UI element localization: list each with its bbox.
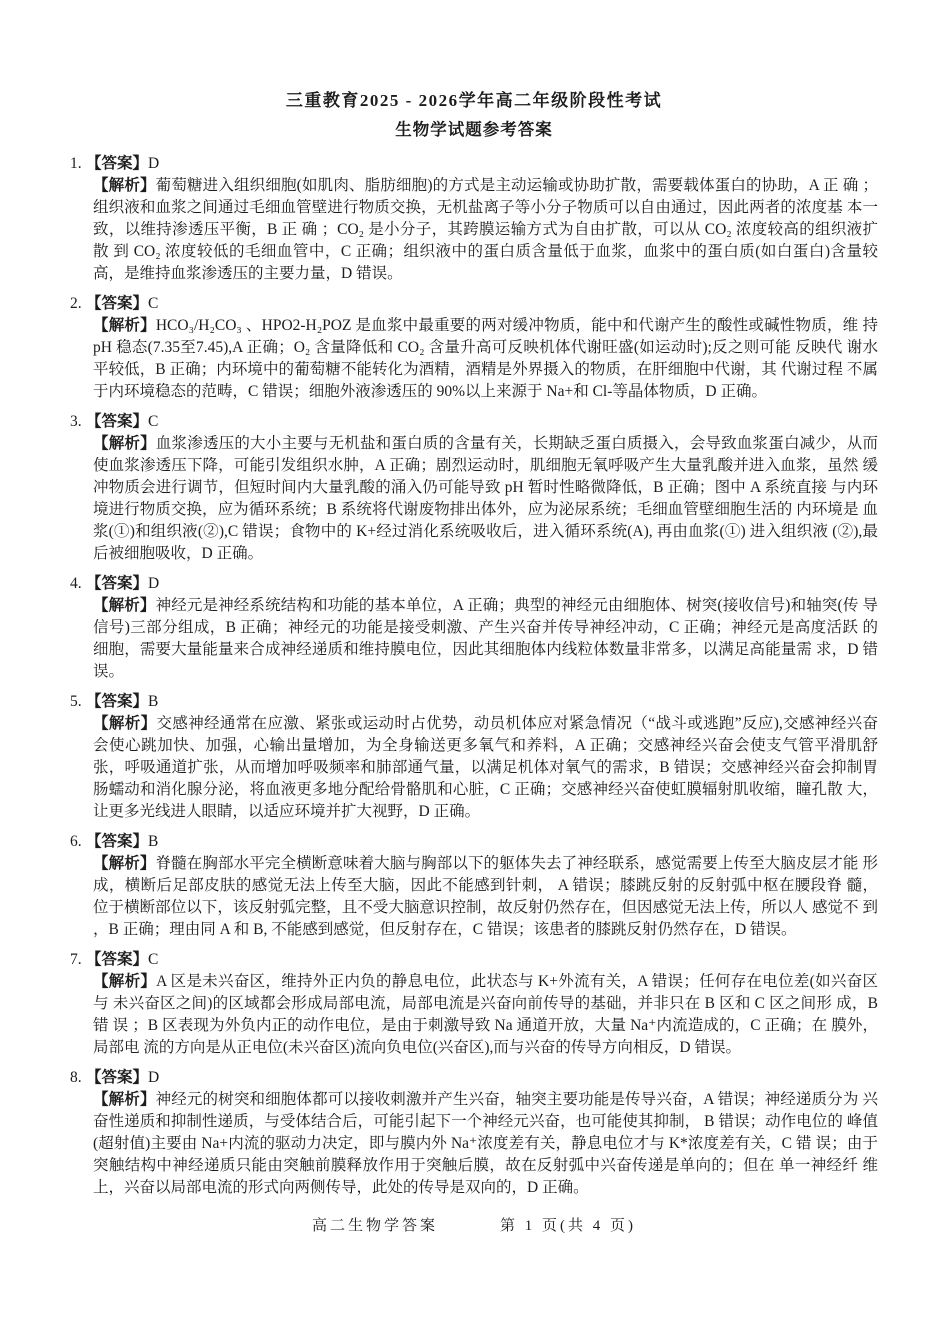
document-title: 三重教育2025 - 2026学年高二年级阶段性考试: [70, 86, 878, 111]
analysis-label: 【解析】: [93, 317, 156, 334]
analysis-paragraph: 【解析】血浆渗透压的大小主要与无机盐和蛋白质的含量有关，长期缺乏蛋白质摄入，会导…: [93, 433, 878, 565]
analysis-paragraph: 【解析】A 区是未兴奋区，维持外正内负的静息电位，此状态与 K+外流有关，A 错…: [93, 971, 878, 1059]
analysis-paragraph: 【解析】神经元的树突和细胞体都可以接收刺激并产生兴奋，轴突主要功能是传导兴奋，A…: [93, 1089, 878, 1199]
answer-letter: D: [148, 155, 159, 172]
question-number: 5.: [70, 691, 86, 713]
page-footer: 高二生物学答案 第 1 页(共 4 页): [70, 1214, 878, 1235]
analysis-text: 葡萄糖进入组织细胞(如肌肉、脂肪细胞)的方式是主动运输或协助扩散，需要载体蛋白的…: [93, 177, 878, 282]
answers-list: 1.【答案】D 【解析】葡萄糖进入组织细胞(如肌肉、脂肪细胞)的方式是主动运输或…: [70, 153, 878, 1199]
answer-item-6: 6.【答案】B 【解析】脊髓在胸部水平完全横断意味着大脑与胸部以下的躯体失去了神…: [70, 831, 878, 941]
answer-letter: D: [148, 1069, 159, 1086]
analysis-text: A 区是未兴奋区，维持外正内负的静息电位，此状态与 K+外流有关，A 错误；任何…: [93, 973, 878, 1056]
analysis-text: HCO₃/H₂CO₃ 、HPO2-H₂POZ 是血浆中最重要的两对缓冲物质，能中…: [93, 317, 878, 400]
analysis-paragraph: 【解析】神经元是神经系统结构和功能的基本单位，A 正确；典型的神经元由细胞体、树…: [93, 595, 878, 683]
analysis-label: 【解析】: [93, 1091, 156, 1108]
question-number: 8.: [70, 1067, 86, 1089]
answer-item-2: 2.【答案】C 【解析】HCO₃/H₂CO₃ 、HPO2-H₂POZ 是血浆中最…: [70, 293, 878, 403]
answer-label: 【答案】: [86, 951, 148, 968]
analysis-label: 【解析】: [93, 597, 156, 614]
analysis-text: 交感神经通常在应激、紧张或运动时占优势，动员机体应对紧急情况（“战斗或逃跑”反应…: [93, 715, 878, 820]
question-number: 4.: [70, 573, 86, 595]
analysis-label: 【解析】: [93, 715, 156, 732]
answer-label: 【答案】: [86, 1069, 148, 1086]
analysis-label: 【解析】: [93, 973, 156, 990]
answer-line: 4.【答案】D: [70, 573, 878, 595]
analysis-paragraph: 【解析】脊髓在胸部水平完全横断意味着大脑与胸部以下的躯体失去了神经联系，感觉需要…: [93, 853, 878, 941]
analysis-text: 血浆渗透压的大小主要与无机盐和蛋白质的含量有关，长期缺乏蛋白质摄入，会导致血浆蛋…: [93, 435, 878, 562]
answer-label: 【答案】: [86, 295, 148, 312]
document-header: 三重教育2025 - 2026学年高二年级阶段性考试 生物学试题参考答案: [70, 86, 878, 140]
analysis-text: 神经元是神经系统结构和功能的基本单位，A 正确；典型的神经元由细胞体、树突(接收…: [93, 597, 878, 680]
analysis-paragraph: 【解析】葡萄糖进入组织细胞(如肌肉、脂肪细胞)的方式是主动运输或协助扩散，需要载…: [93, 175, 878, 285]
answer-item-1: 1.【答案】D 【解析】葡萄糖进入组织细胞(如肌肉、脂肪细胞)的方式是主动运输或…: [70, 153, 878, 285]
answer-letter: B: [148, 693, 158, 710]
answer-letter: C: [148, 295, 158, 312]
footer-doc-name: 高二生物学答案: [312, 1214, 438, 1235]
answer-letter: D: [148, 575, 159, 592]
answer-item-8: 8.【答案】D 【解析】神经元的树突和细胞体都可以接收刺激并产生兴奋，轴突主要功…: [70, 1067, 878, 1199]
analysis-paragraph: 【解析】HCO₃/H₂CO₃ 、HPO2-H₂POZ 是血浆中最重要的两对缓冲物…: [93, 315, 878, 403]
answer-line: 3.【答案】C: [70, 411, 878, 433]
answer-line: 7.【答案】C: [70, 949, 878, 971]
analysis-text: 脊髓在胸部水平完全横断意味着大脑与胸部以下的躯体失去了神经联系，感觉需要上传至大…: [93, 855, 878, 938]
answer-label: 【答案】: [86, 693, 148, 710]
answer-letter: B: [148, 833, 158, 850]
analysis-label: 【解析】: [93, 177, 156, 194]
document-page: 三重教育2025 - 2026学年高二年级阶段性考试 生物学试题参考答案 1.【…: [0, 0, 950, 1344]
answer-item-4: 4.【答案】D 【解析】神经元是神经系统结构和功能的基本单位，A 正确；典型的神…: [70, 573, 878, 683]
footer-page-number: 第 1 页(共 4 页): [500, 1214, 636, 1235]
document-subtitle: 生物学试题参考答案: [70, 116, 878, 140]
answer-label: 【答案】: [86, 413, 148, 430]
analysis-label: 【解析】: [93, 855, 156, 872]
question-number: 7.: [70, 949, 86, 971]
answer-line: 5.【答案】B: [70, 691, 878, 713]
question-number: 2.: [70, 293, 86, 315]
answer-item-3: 3.【答案】C 【解析】血浆渗透压的大小主要与无机盐和蛋白质的含量有关，长期缺乏…: [70, 411, 878, 565]
answer-item-7: 7.【答案】C 【解析】A 区是未兴奋区，维持外正内负的静息电位，此状态与 K+…: [70, 949, 878, 1059]
analysis-label: 【解析】: [93, 435, 156, 452]
answer-line: 2.【答案】C: [70, 293, 878, 315]
answer-line: 8.【答案】D: [70, 1067, 878, 1089]
answer-label: 【答案】: [86, 575, 148, 592]
analysis-text: 神经元的树突和细胞体都可以接收刺激并产生兴奋，轴突主要功能是传导兴奋，A 错误；…: [93, 1091, 878, 1196]
answer-label: 【答案】: [86, 155, 148, 172]
answer-line: 6.【答案】B: [70, 831, 878, 853]
answer-letter: C: [148, 951, 158, 968]
answer-line: 1.【答案】D: [70, 153, 878, 175]
answer-letter: C: [148, 413, 158, 430]
answer-label: 【答案】: [86, 833, 148, 850]
question-number: 3.: [70, 411, 86, 433]
question-number: 6.: [70, 831, 86, 853]
question-number: 1.: [70, 153, 86, 175]
answer-item-5: 5.【答案】B 【解析】交感神经通常在应激、紧张或运动时占优势，动员机体应对紧急…: [70, 691, 878, 823]
analysis-paragraph: 【解析】交感神经通常在应激、紧张或运动时占优势，动员机体应对紧急情况（“战斗或逃…: [93, 713, 878, 823]
